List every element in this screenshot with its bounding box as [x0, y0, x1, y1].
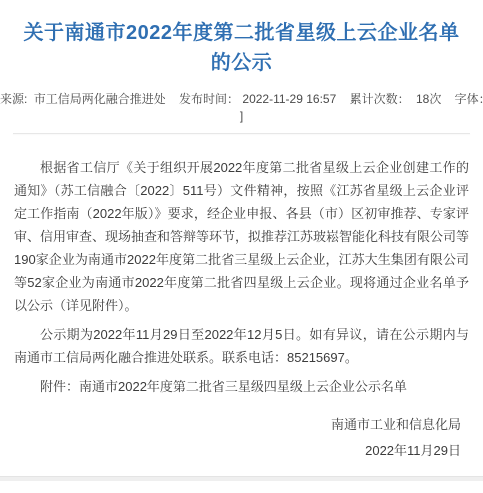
announcement-article: 关于南通市2022年度第二批省星级上云企业名单的公示 来源: 市工信局两化融合推…: [0, 0, 483, 481]
issue-date: 2022年11月29日: [14, 438, 461, 464]
body-paragraph-1: 根据省工信厅《关于组织开展2022年度第二批省星级上云企业创建工作的通知》（苏工…: [14, 156, 469, 317]
article-body: 根据省工信厅《关于组织开展2022年度第二批省星级上云企业创建工作的通知》（苏工…: [14, 134, 469, 464]
body-paragraph-2: 公示期为2022年11月29日至2022年12月5日。如有异议，请在公示期内与南…: [14, 323, 469, 369]
font-size-label: 字体：: [455, 92, 483, 106]
source-label: 来源:: [0, 92, 27, 106]
signature-block: 南通市工业和信息化局 2022年11月29日: [14, 412, 469, 464]
attachment-line: 附件：南通市2022年度第二批省三星级四星级上云企业公示名单: [14, 375, 469, 398]
view-count-label: 累计次数：: [350, 92, 410, 106]
article-meta-line: 来源: 市工信局两化融合推进处 发布时间： 2022-11-29 16:57 累…: [0, 91, 483, 108]
source-value: 市工信局两化融合推进处: [34, 92, 166, 106]
issuing-org: 南通市工业和信息化局: [14, 412, 461, 438]
footer-divider: [0, 476, 483, 481]
font-size-bracket-close: ]: [0, 108, 483, 125]
page-title: 关于南通市2022年度第二批省星级上云企业名单的公示: [16, 18, 468, 78]
publish-time-label: 发布时间：: [179, 92, 239, 106]
publish-time-value: 2022-11-29 16:57: [242, 92, 336, 106]
view-count-value: 18次: [416, 92, 441, 106]
